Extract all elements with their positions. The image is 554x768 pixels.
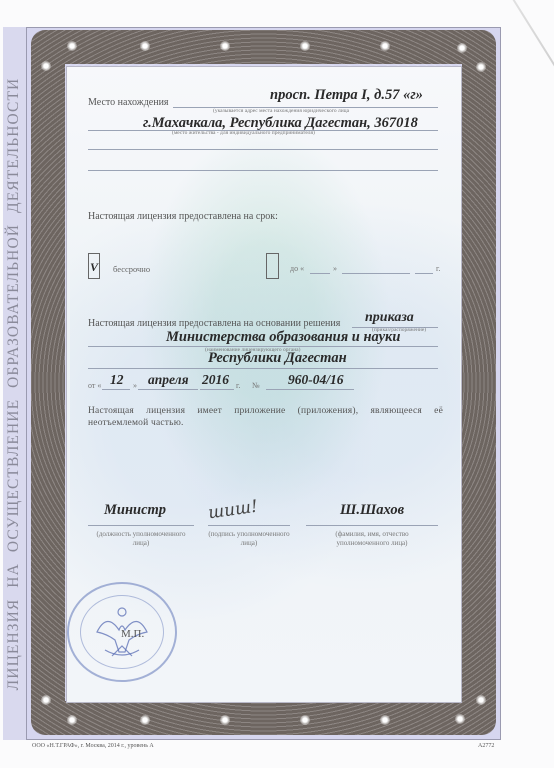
until-year-line (415, 273, 433, 274)
signer-name: Ш.Шахов (340, 502, 404, 519)
rosette-ornament (67, 715, 77, 725)
rosette-ornament (41, 61, 51, 71)
appendix-note: Настоящая лицензия имеет приложение (при… (88, 405, 443, 429)
rosette-ornament (41, 695, 51, 705)
side-title: ЛИЦЕНЗИЯ НА ОСУЩЕСТВЛЕНИЕ ОБРАЗОВАТЕЛЬНО… (5, 78, 23, 691)
location-line-2-hint: (место жительства - для индивидуального … (172, 130, 315, 136)
decision-month: апреля (148, 372, 189, 388)
until-mid: » (333, 264, 337, 273)
paper-fold-line (500, 0, 554, 73)
decision-type-value: приказа (365, 310, 414, 326)
until-suffix: г. (436, 264, 440, 273)
until-month-line (342, 273, 410, 274)
location-street-value: просп. Петра I, д.57 «г» (270, 87, 423, 104)
until-day-line (310, 273, 330, 274)
rosette-ornament (457, 43, 467, 53)
location-line-1-hint: (указывается адрес места нахождения юрид… (213, 108, 349, 114)
rosette-ornament (455, 714, 465, 724)
rosette-ornament (67, 41, 77, 51)
decision-day-line (102, 389, 130, 390)
authority-value-1: Министерства образования и науки (166, 329, 400, 346)
decision-year: 2016 (202, 372, 229, 388)
date-day-close: » (133, 381, 137, 390)
form-serial: А2772 (478, 743, 494, 749)
decision-month-line (138, 389, 198, 390)
name-line (306, 525, 438, 526)
location-line-4 (88, 170, 438, 171)
signature-line (208, 525, 290, 526)
number-prefix: № (252, 381, 260, 390)
rosette-ornament (220, 715, 230, 725)
location-label: Место нахождения (88, 97, 169, 108)
rosette-ornament (476, 62, 486, 72)
until-prefix: до « (290, 264, 304, 273)
decision-number: 960-04/16 (288, 372, 344, 388)
basis-label: Настоящая лицензия предоставлена на осно… (88, 318, 340, 329)
rosette-ornament (380, 715, 390, 725)
position-hint: (должность уполномоченного лица) (96, 530, 186, 548)
rosette-ornament (300, 41, 310, 51)
rosette-ornament (476, 695, 486, 705)
until-checkbox[interactable] (266, 253, 279, 279)
position-line (88, 525, 194, 526)
name-hint: (фамилия, имя, отчество уполномоченного … (312, 530, 432, 548)
indefinite-label: бессрочно (113, 264, 150, 274)
location-line-3 (88, 149, 438, 150)
rosette-ornament (140, 41, 150, 51)
indefinite-checkbox[interactable]: V (88, 253, 100, 279)
decision-year-line (200, 389, 234, 390)
authority-line-2 (88, 368, 438, 369)
rosette-ornament (220, 41, 230, 51)
decision-day: 12 (110, 372, 124, 388)
seal-mp-label: М.П. (121, 628, 144, 640)
decision-number-line (266, 389, 354, 390)
rosette-ornament (300, 715, 310, 725)
term-label: Настоящая лицензия предоставлена на срок… (88, 211, 278, 222)
date-year-suffix: г. (236, 381, 240, 390)
date-prefix: от « (88, 381, 101, 390)
official-seal: М.П. (67, 582, 177, 682)
rosette-ornament (140, 715, 150, 725)
rosette-ornament (380, 41, 390, 51)
signer-position: Министр (104, 502, 166, 519)
printer-info: ООО «Н.Т.ГРАФ», г. Москва, 2014 г., уров… (32, 743, 154, 749)
authority-value-2: Республики Дагестан (208, 350, 347, 367)
signature-hint: (подпись уполномоченного лица) (204, 530, 294, 548)
